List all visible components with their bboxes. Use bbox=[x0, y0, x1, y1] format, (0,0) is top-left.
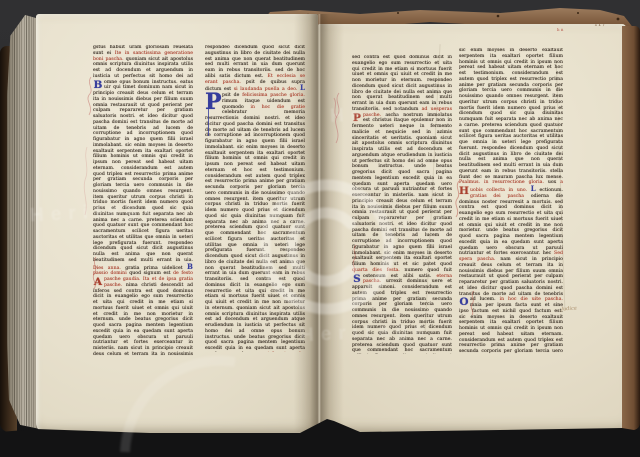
bottom-shadow-edge bbox=[0, 0, 640, 457]
manuscript-photo: gstus habuit uram gloriosam reuelata sun… bbox=[0, 0, 640, 457]
